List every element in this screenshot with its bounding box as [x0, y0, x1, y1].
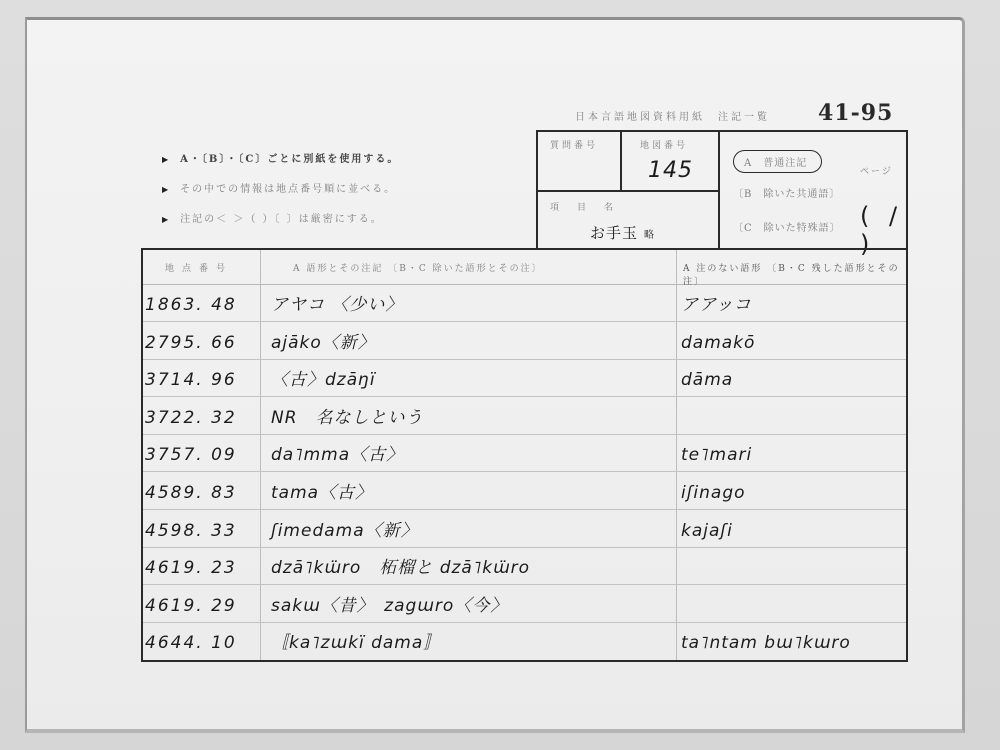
option-a-selected: A 普通注記 [733, 150, 822, 173]
map-number-label: 地図番号 [640, 138, 688, 151]
annotated-form: 〈古〉dzāŋï [271, 365, 376, 390]
table-row: 3757. 09da˥mma〈古〉te˥mari [143, 434, 906, 472]
form-code: 41-95 [818, 100, 893, 126]
form-title: 日本言語地図資料用紙 注記一覧 [575, 108, 770, 123]
question-number-label: 質問番号 [550, 138, 598, 151]
annotated-form: ʃimedama〈新〉 [271, 516, 419, 541]
table-row: 4589. 83tama〈古〉iʃinago [143, 472, 906, 510]
header-annotated-forms: A 語形とその注記 〔B・C 除いた語形とその注〕 [293, 261, 543, 274]
point-number: 1863. 48 [145, 295, 237, 315]
instruction-2: ▶その中での情報は地点番号順に並べる。 [162, 180, 396, 195]
plain-form: kajaʃi [681, 521, 733, 541]
item-name-value: お手玉略 [590, 222, 655, 243]
item-name-label: 項目名 [550, 200, 631, 213]
point-number: 3722. 32 [145, 408, 237, 428]
triangle-bullet-icon: ▶ [162, 215, 170, 224]
plain-form: ta˥ntam bɯ˥kɯro [681, 633, 851, 653]
annotated-form: 〚ka˥zɯkï dama〛 [271, 628, 441, 653]
table-row: 4619. 23dzā˥kɯ̈ro 柘榴と dzā˥kɯ̈ro [143, 547, 906, 585]
annotated-form: sakɯ〈昔〉 zagɯro〈今〉 [271, 591, 508, 616]
annotated-form: NR 名なしという [271, 403, 424, 428]
point-number: 3757. 09 [145, 445, 237, 465]
table-row: 2795. 66ajāko〈新〉damakō [143, 322, 906, 360]
info-box: 質問番号 地図番号 145 項目名 お手玉略 A 普通注記 〔B 除いた共通語〕… [536, 130, 908, 248]
annotated-form: da˥mma〈古〉 [271, 440, 404, 465]
point-number: 2795. 66 [145, 333, 237, 353]
table-row: 4598. 33ʃimedama〈新〉kajaʃi [143, 510, 906, 548]
table-row: 3722. 32NR 名なしという [143, 397, 906, 435]
header-point-number: 地点番号 [165, 261, 233, 274]
annotation-table: 地点番号 A 語形とその注記 〔B・C 除いた語形とその注〕 A 注のない語形 … [141, 248, 908, 662]
table-row: 1863. 48アヤコ 〈少い〉アアッコ [143, 284, 906, 322]
point-number: 4619. 29 [145, 596, 237, 616]
table-row: 4619. 29sakɯ〈昔〉 zagɯro〈今〉 [143, 585, 906, 623]
point-number: 3714. 96 [145, 370, 237, 390]
item-name-cell: 項目名 お手玉略 [538, 192, 720, 248]
point-number: 4598. 33 [145, 521, 237, 541]
point-number: 4619. 23 [145, 558, 237, 578]
point-number: 4644. 10 [145, 633, 237, 653]
annotated-form: dzā˥kɯ̈ro 柘榴と dzā˥kɯ̈ro [271, 553, 530, 578]
point-number: 4589. 83 [145, 483, 237, 503]
option-b: 〔B 除いた共通語〕 [733, 185, 840, 200]
plain-form: dāma [681, 370, 733, 390]
instruction-1: ▶A・〔B〕・〔C〕ごとに別紙を使用する。 [162, 150, 399, 165]
map-number-cell: 地図番号 145 [622, 132, 720, 192]
plain-form: damakō [681, 333, 755, 353]
annotated-form: ajāko〈新〉 [271, 328, 376, 353]
map-number-value: 145 [648, 158, 693, 183]
annotated-form: tama〈古〉 [271, 478, 373, 503]
question-number-cell: 質問番号 [538, 132, 622, 192]
triangle-bullet-icon: ▶ [162, 185, 170, 194]
plain-form: iʃinago [681, 483, 746, 503]
annotated-form: アヤコ 〈少い〉 [271, 290, 403, 315]
table-header: 地点番号 A 語形とその注記 〔B・C 除いた語形とその注〕 A 注のない語形 … [143, 250, 906, 285]
option-c: 〔C 除いた特殊語〕 [733, 219, 841, 234]
instruction-3: ▶注記の＜ ＞（ ）〔 〕は厳密にする。 [162, 210, 383, 225]
plain-form: te˥mari [681, 445, 752, 465]
table-row: 3714. 96〈古〉dzāŋïdāma [143, 359, 906, 397]
plain-form: アアッコ [681, 290, 752, 315]
table-row: 4644. 10〚ka˥zɯkï dama〛ta˥ntam bɯ˥kɯro [143, 622, 906, 659]
triangle-bullet-icon: ▶ [162, 155, 170, 164]
page-label: ページ [860, 164, 893, 177]
